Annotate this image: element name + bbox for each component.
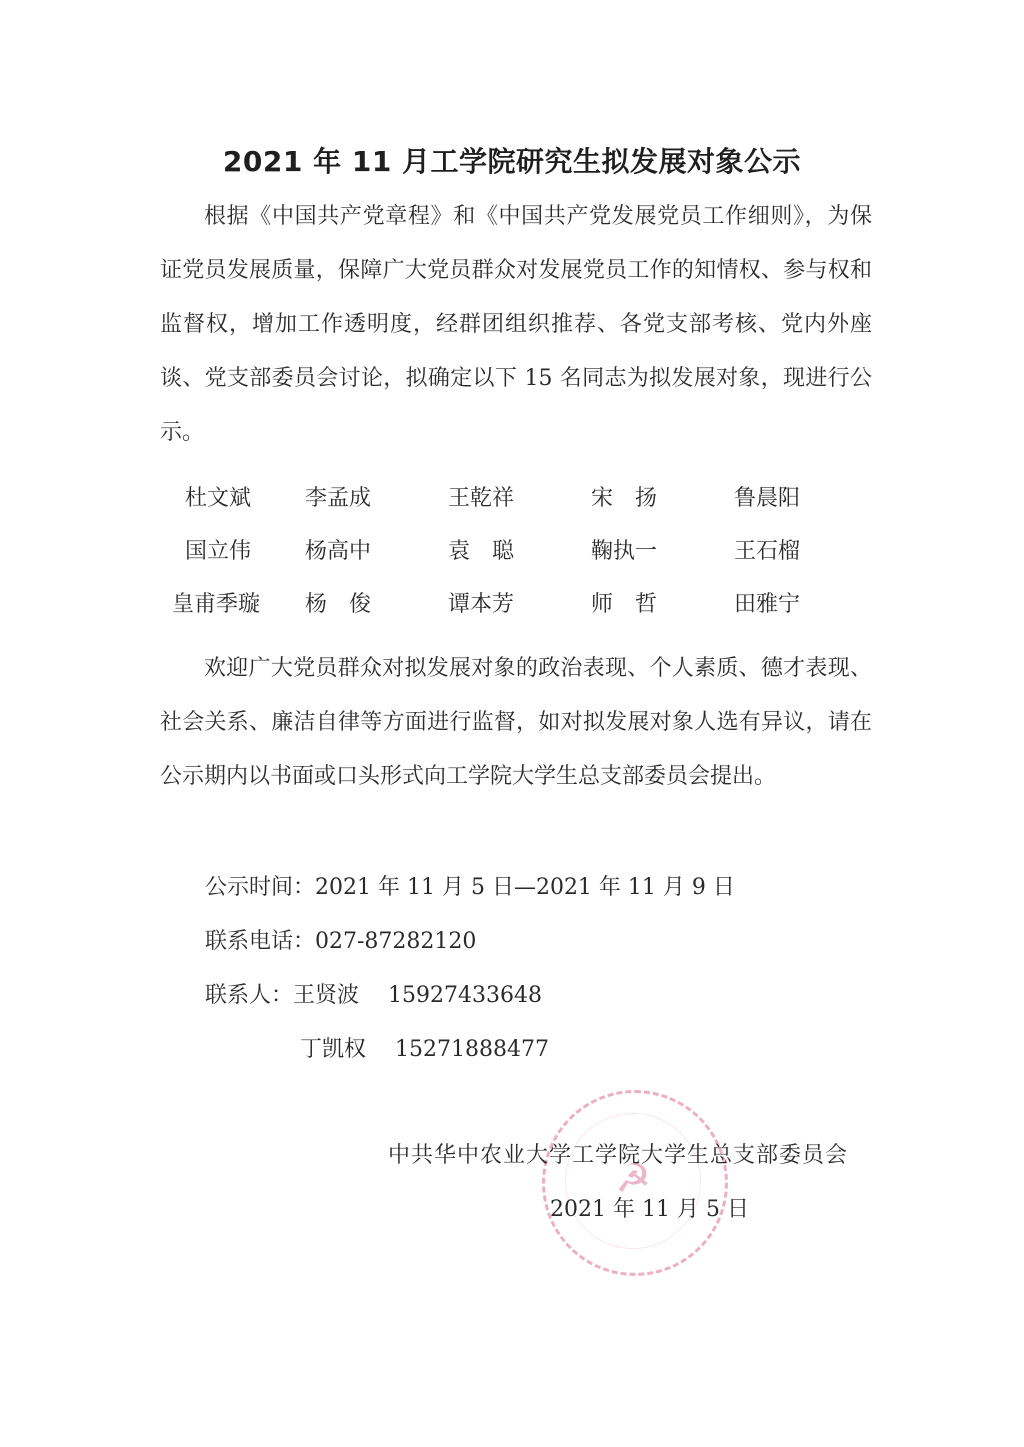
contact-person-2: 丁凯权 15271888477 bbox=[300, 1032, 549, 1063]
signature-organization: 中共华中农业大学工学院大学生总支部委员会 bbox=[388, 1138, 848, 1169]
candidate-name: 田雅宁 bbox=[709, 587, 852, 618]
document-page: 2021 年 11 月工学院研究生拟发展对象公示 根据《中国共产党章程》和《中国… bbox=[0, 0, 1024, 1447]
supervision-paragraph: 欢迎广大党员群众对拟发展对象的政治表现、个人素质、德才表现、社会关系、廉洁自律等… bbox=[160, 642, 872, 804]
contact-phone: 联系电话：027-87282120 bbox=[205, 924, 476, 955]
contact-person-1: 联系人：王贤波 15927433648 bbox=[205, 978, 542, 1009]
candidate-name: 袁 聪 bbox=[423, 534, 566, 565]
candidate-name: 鞠执一 bbox=[566, 534, 709, 565]
candidate-name: 师 哲 bbox=[566, 587, 709, 618]
notice-period: 公示时间：2021 年 11 月 5 日—2021 年 11 月 9 日 bbox=[205, 870, 735, 901]
candidate-name: 鲁晨阳 bbox=[709, 481, 852, 512]
candidate-name: 谭本芳 bbox=[423, 587, 566, 618]
official-seal-icon: ☭ bbox=[542, 1090, 728, 1276]
candidate-name: 王石榴 bbox=[709, 534, 852, 565]
candidate-name: 杨 俊 bbox=[280, 587, 423, 618]
candidate-name: 王乾祥 bbox=[423, 481, 566, 512]
candidate-name: 皇甫季璇 bbox=[160, 587, 280, 618]
document-title: 2021 年 11 月工学院研究生拟发展对象公示 bbox=[0, 140, 1024, 180]
candidate-name: 李孟成 bbox=[280, 481, 423, 512]
candidate-list: 杜文斌 李孟成 王乾祥 宋 扬 鲁晨阳 国立伟 杨高中 袁 聪 鞠执一 王石榴 … bbox=[160, 470, 872, 629]
candidate-name: 杨高中 bbox=[280, 534, 423, 565]
intro-paragraph: 根据《中国共产党章程》和《中国共产党发展党员工作细则》，为保证党员发展质量，保障… bbox=[160, 190, 872, 460]
candidate-name: 宋 扬 bbox=[566, 481, 709, 512]
signature-date: 2021 年 11 月 5 日 bbox=[550, 1192, 749, 1223]
candidate-name: 杜文斌 bbox=[160, 481, 280, 512]
candidate-name: 国立伟 bbox=[160, 534, 280, 565]
